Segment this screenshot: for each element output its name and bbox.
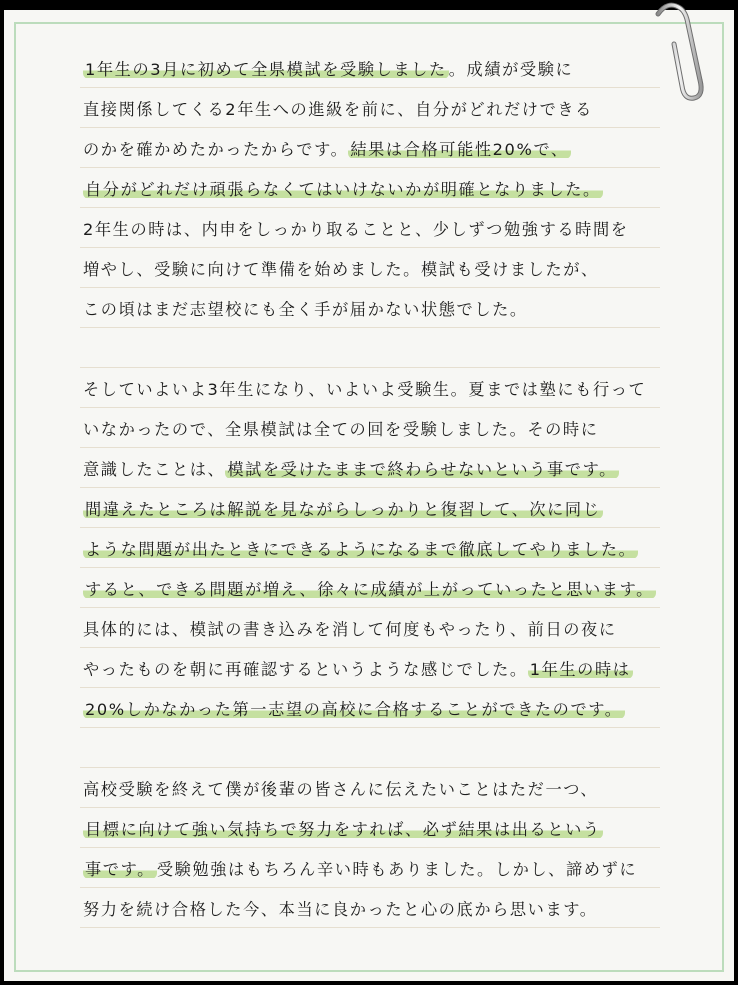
text-line: 目標に向けて強い気持ちで努力をすれば、必ず結果は出るという [80,808,660,848]
text-line: ような問題が出たときにできるようになるまで徹底してやりました。 [80,528,660,568]
text-line: 間違えたところは解説を見ながらしっかりと復習して、次に同じ [80,488,660,528]
highlight: 結果は合格可能性20%で、 [348,140,570,159]
text-line: 1年生の3月に初めて全県模試を受験しました。成績が受験に [80,48,660,88]
text-line: 具体的には、模試の書き込みを消して何度もやったり、前日の夜に [80,608,660,648]
text-line: のかを確かめたかったからです。結果は合格可能性20%で、 [80,128,660,168]
ruled-text-area: 1年生の3月に初めて全県模試を受験しました。成績が受験に 直接関係してくる2年生… [0,0,738,985]
text-line: すると、できる問題が増え、徐々に成績が上がっていったと思います。 [80,568,660,608]
highlight: 目標に向けて強い気持ちで努力をすれば、必ず結果は出るという [83,820,603,839]
highlight: 模試を受けたままで終わらせないという事です。 [225,460,619,479]
highlight: 1年生の時は [528,660,633,679]
highlight: 1年生の3月に初めて全県模試を受験しました [83,60,449,79]
text-line: 高校受験を終えて僕が後輩の皆さんに伝えたいことはただ一つ、 [80,768,660,808]
blank-line [80,728,660,768]
highlight: すると、できる問題が増え、徐々に成績が上がっていったと思います。 [83,580,656,599]
text-line: 直接関係してくる2年生への進級を前に、自分がどれだけできる [80,88,660,128]
highlight: 事です。 [83,860,157,879]
text-line: 増やし、受験に向けて準備を始めました。模試も受けましたが、 [80,248,660,288]
text-line: 意識したことは、模試を受けたままで終わらせないという事です。 [80,448,660,488]
highlight: ような問題が出たときにできるようになるまで徹底してやりました。 [83,540,638,559]
text-line: 2年生の時は、内申をしっかり取ることと、少しずつ勉強する時間を [80,208,660,248]
text-line: 20%しかなかった第一志望の高校に合格することができたのです。 [80,688,660,728]
text-line: 努力を続け合格した今、本当に良かったと心の底から思います。 [80,888,660,928]
highlight: 間違えたところは解説を見ながらしっかりと復習して、次に同じ [83,500,603,519]
text-line: この頃はまだ志望校にも全く手が届かない状態でした。 [80,288,660,328]
blank-line [80,328,660,368]
text-line: 自分がどれだけ頑張らなくてはいけないかが明確となりました。 [80,168,660,208]
highlight: 自分がどれだけ頑張らなくてはいけないかが明確となりました。 [83,180,603,199]
text-line: やったものを朝に再確認するというような感じでした。1年生の時は [80,648,660,688]
text-line: そしていよいよ3年生になり、いよいよ受験生。夏までは塾にも行って [80,368,660,408]
text-line: 事です。受験勉強はもちろん辛い時もありました。しかし、諦めずに [80,848,660,888]
paperclip-icon [650,0,710,105]
highlight: 20%しかなかった第一志望の高校に合格することができたのです。 [83,700,625,719]
text-line: いなかったので、全県模試は全ての回を受験しました。その時に [80,408,660,448]
